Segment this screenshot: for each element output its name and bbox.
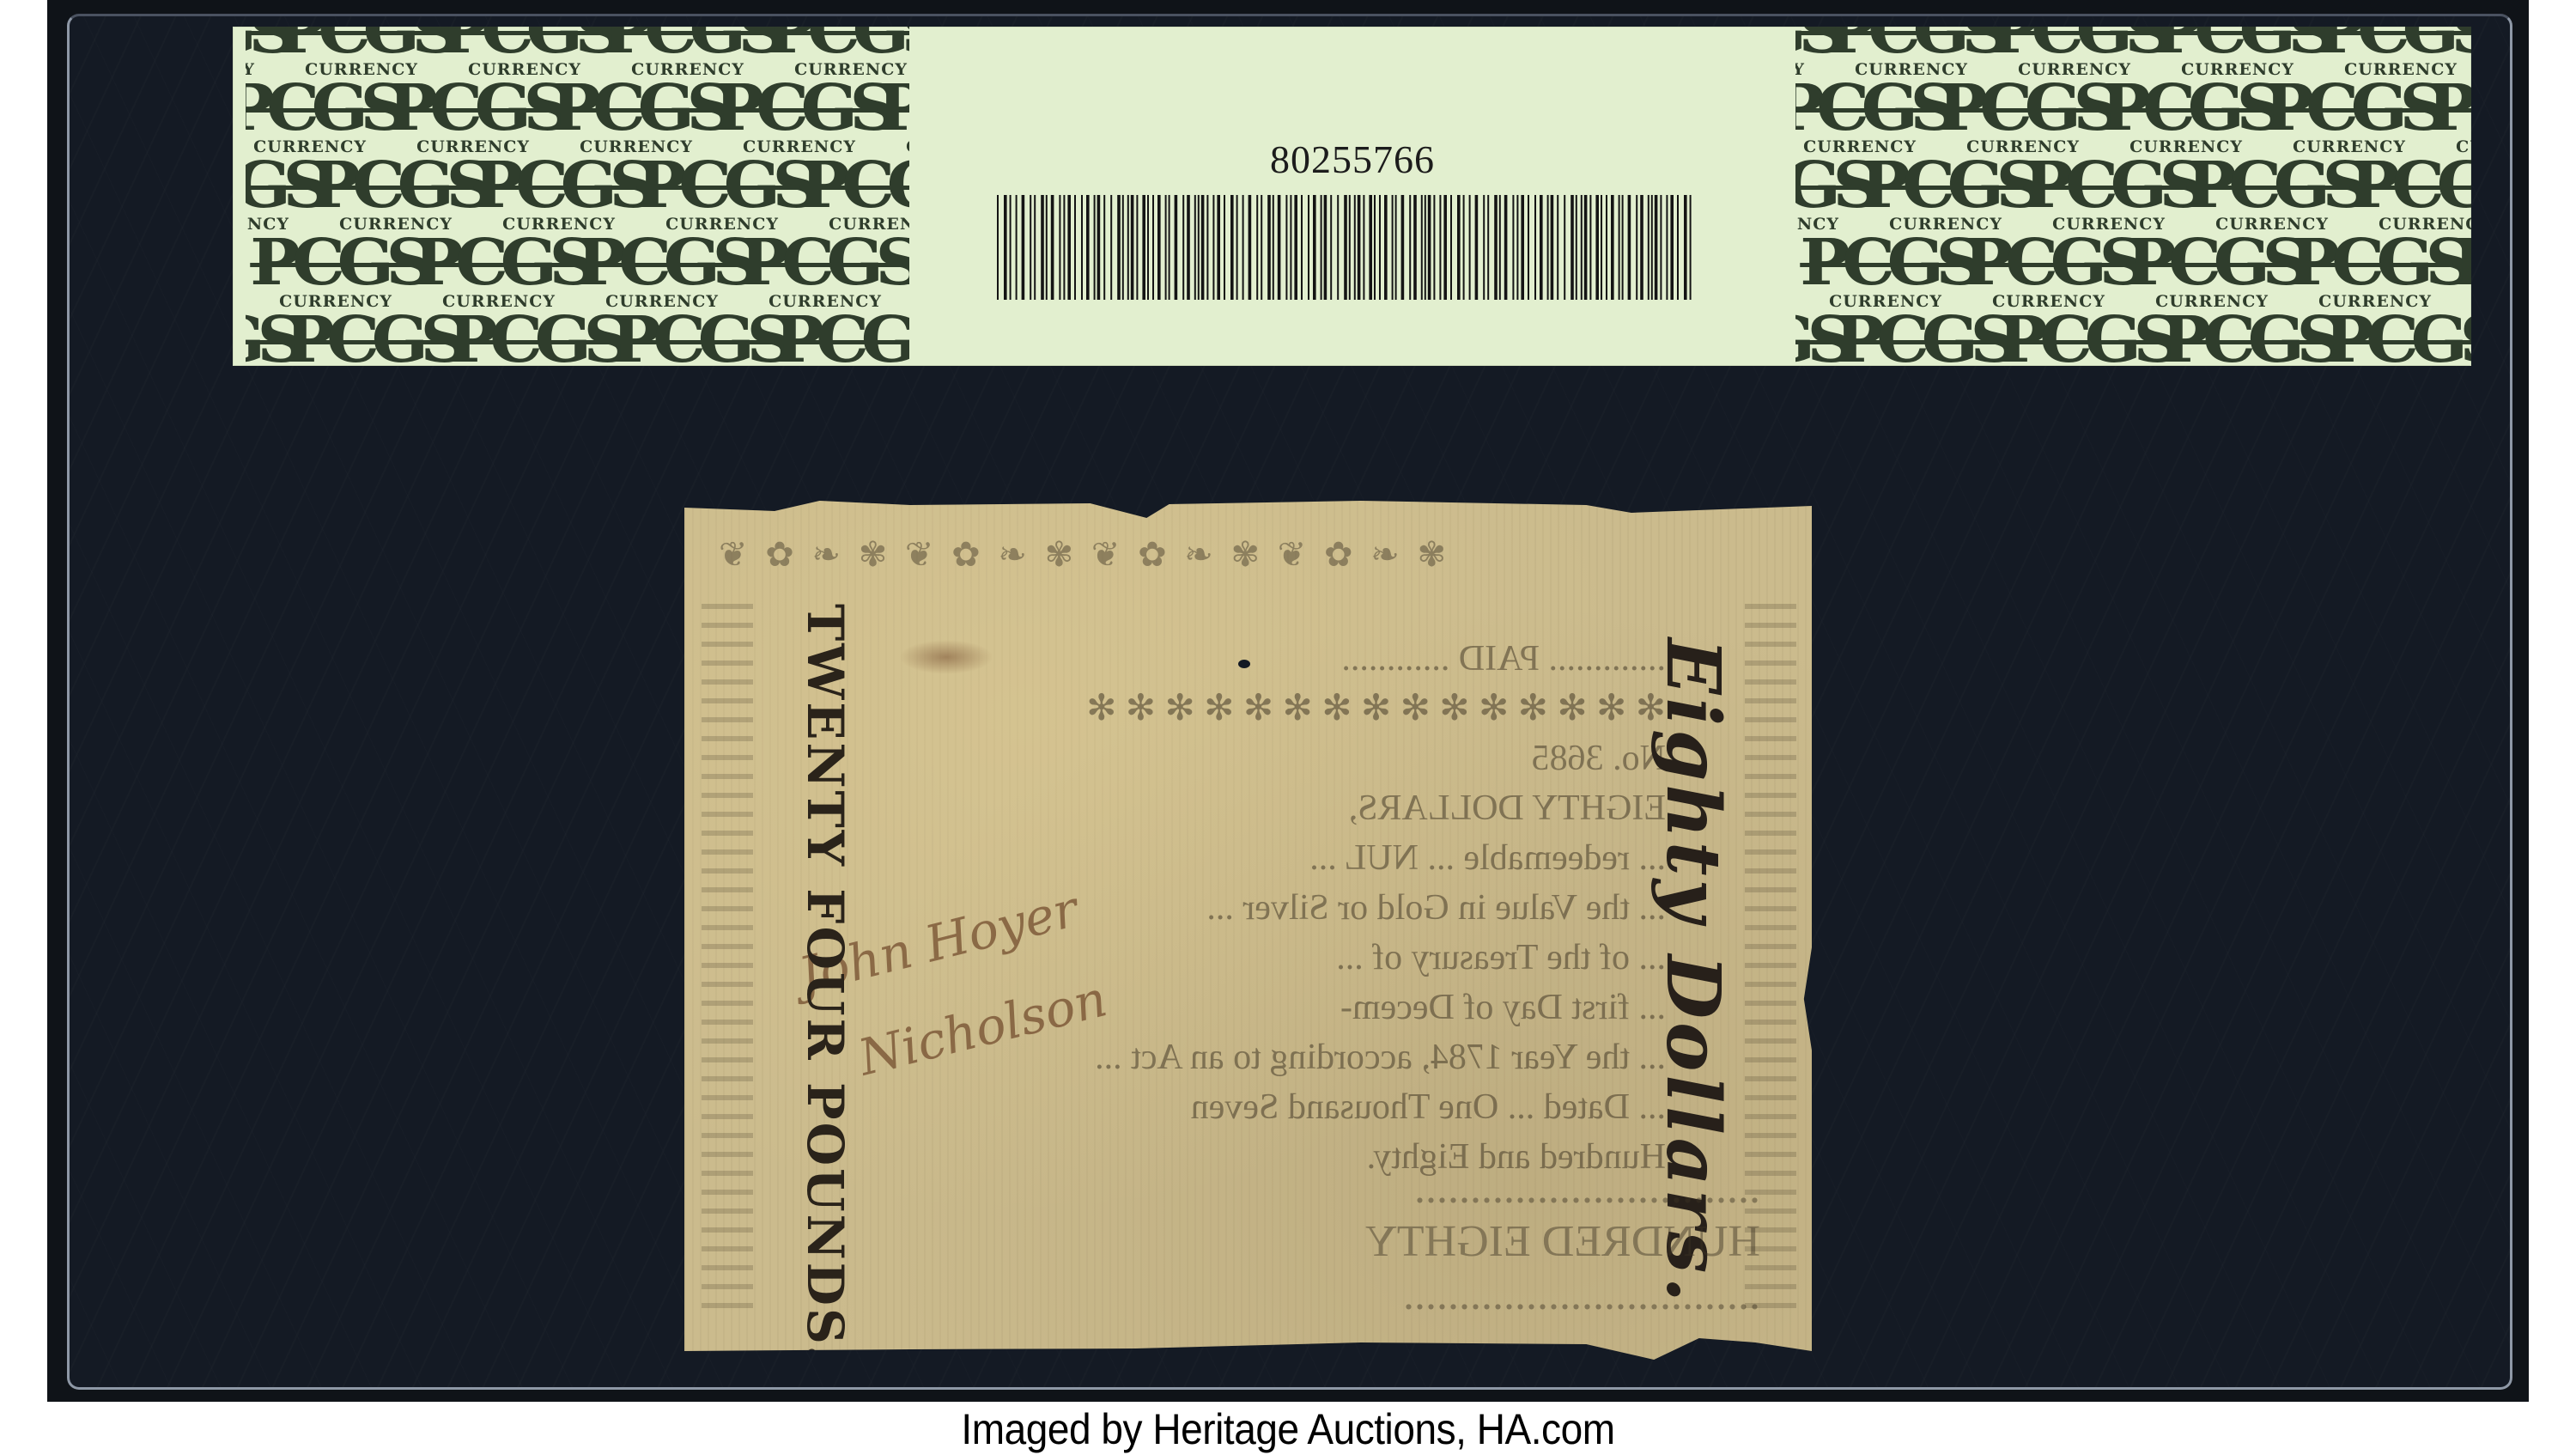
pcgs-logo-tile: PCGSCURRENCY (1804, 233, 1967, 310)
pcgs-logo-tile: PCGSCURRENCY (443, 27, 606, 78)
pcgs-logo-tile: PCGSCURRENCY (718, 78, 881, 155)
pcgs-logo-tile: PCGSCURRENCY (1795, 155, 1864, 233)
pcgs-logo-tile: PCGSCURRENCY (881, 78, 909, 155)
pcgs-logo-tile: PCGSCURRENCY (2293, 233, 2457, 310)
pcgs-logo-tile: PCGSCURRENCY (2105, 78, 2268, 155)
pcgs-logo-tile: PCGSCURRENCY (417, 233, 580, 310)
logo-pattern-right: PCGSCURRENCYPCGSCURRENCYPCGSCURRENCYPCGS… (1795, 27, 2471, 366)
pcgs-logo-tile: PCGSCURRENCY (555, 78, 718, 155)
cert-number: 80255766 (909, 137, 1795, 182)
banknote: ❦ ✿ ❧ ✾ ❦ ✿ ❧ ✾ ❦ ✿ ❧ ✾ ❦ ✿ ❧ ✾ ........… (684, 501, 1812, 1360)
pcgs-logo-tile: PCGSCURRENCY (289, 310, 452, 366)
bottom-band-line: ............................... (736, 1162, 1760, 1215)
pcgs-logo-tile: PCGSCURRENCY (1941, 78, 2105, 155)
pcgs-logo-tile: PCGSCURRENCY (314, 155, 477, 233)
paper-hole (1238, 660, 1250, 668)
bleed-through-line: EIGHTY DOLLARS, (813, 783, 1666, 833)
pcgs-logo-tile: PCGSCURRENCY (1795, 27, 1830, 78)
pcgs-logo-tile: PCGSCURRENCY (2319, 27, 2471, 78)
bleed-through-line: ... Dated ... One Thousand Seven (813, 1082, 1666, 1132)
label-center: 80255766 (909, 27, 1795, 366)
pcgs-logo-tile: PCGSCURRENCY (641, 155, 804, 233)
pcgs-logo-tile: PCGSCURRENCY (606, 27, 769, 78)
pcgs-logo-tile: PCGSCURRENCY (246, 155, 314, 233)
logo-pattern-left: PCGSCURRENCYPCGSCURRENCYPCGSCURRENCYPCGS… (246, 27, 909, 366)
pcgs-logo-tile: PCGSCURRENCY (1838, 310, 2002, 366)
pcgs-logo-tile: PCGSCURRENCY (580, 233, 744, 310)
pcgs-logo-tile: PCGSCURRENCY (2130, 233, 2293, 310)
pcgs-logo-tile: PCGSCURRENCY (615, 310, 778, 366)
pcgs-logo-tile: PCGSCURRENCY (2027, 155, 2190, 233)
pcgs-logo-tile: PCGSCURRENCY (2165, 310, 2328, 366)
image-credit-caption: Imaged by Heritage Auctions, HA.com (103, 1403, 2473, 1455)
pcgs-logo-tile: PCGSCURRENCY (1864, 155, 2027, 233)
pcgs-logo-tile: PCGSCURRENCY (1967, 233, 2130, 310)
bleed-through-line: ... redeemable ... NUL ... (813, 833, 1666, 883)
pcgs-logo-tile: PCGSCURRENCY (1795, 78, 1941, 155)
pcgs-logo-tile: PCGSCURRENCY (254, 233, 417, 310)
pcgs-logo-tile: PCGSCURRENCY (452, 310, 615, 366)
pcgs-logo-tile: PCGSCURRENCY (2431, 78, 2471, 155)
pcgs-logo-tile: PCGSCURRENCY (2354, 155, 2471, 233)
bleed-through-line: No. 3685 (813, 734, 1666, 783)
pcgs-logo-tile: PCGSCURRENCY (246, 310, 289, 366)
pcgs-logo-tile: PCGSCURRENCY (280, 27, 443, 78)
bleed-through-line: ✻ ✻ ✻ ✻ ✻ ✻ ✻ ✻ ✻ ✻ ✻ ✻ ✻ ✻ ✻ (813, 684, 1666, 734)
pcgs-logo-tile: PCGSCURRENCY (1795, 310, 1838, 366)
pcgs-logo-tile: PCGSCURRENCY (804, 155, 909, 233)
bleed-through-text: ............. PAID ............✻ ✻ ✻ ✻ ✻… (813, 634, 1666, 1182)
pcgs-logo-tile: PCGSCURRENCY (477, 155, 641, 233)
pcgs-logo-tile: PCGSCURRENCY (246, 27, 280, 78)
bottom-bleed-through: ...............................HUNDRED E… (736, 1162, 1760, 1325)
pcgs-label: PCGSCURRENCYPCGSCURRENCYPCGSCURRENCYPCGS… (233, 27, 2471, 366)
pcgs-logo-tile: PCGSCURRENCY (246, 78, 392, 155)
pcgs-logo-tile: PCGSCURRENCY (778, 310, 909, 366)
pcgs-logo-tile: PCGSCURRENCY (1993, 27, 2156, 78)
pcgs-logo-tile: PCGSCURRENCY (2002, 310, 2165, 366)
serial-ink-stain (899, 640, 993, 674)
pcgs-logo-tile: PCGSCURRENCY (2156, 27, 2319, 78)
pcgs-logo-tile: PCGSCURRENCY (1830, 27, 1993, 78)
pcgs-logo-tile: PCGSCURRENCY (2457, 233, 2471, 310)
pcgs-logo-tile: PCGSCURRENCY (392, 78, 555, 155)
top-ornament-border: ❦ ✿ ❧ ✾ ❦ ✿ ❧ ✾ ❦ ✿ ❧ ✾ ❦ ✿ ❧ ✾ (719, 535, 1786, 595)
pcgs-logo-tile: PCGSCURRENCY (744, 233, 907, 310)
pcgs-logo-tile: PCGSCURRENCY (2190, 155, 2354, 233)
pcgs-logo-tile: PCGSCURRENCY (2268, 78, 2431, 155)
bottom-band-line: ................................ (736, 1269, 1760, 1322)
pcgs-logo-tile: PCGSCURRENCY (2328, 310, 2471, 366)
bottom-band-line: HUNDRED EIGHTY (736, 1215, 1760, 1269)
barcode-icon (997, 195, 1692, 300)
pcgs-logo-tile: PCGSCURRENCY (769, 27, 909, 78)
